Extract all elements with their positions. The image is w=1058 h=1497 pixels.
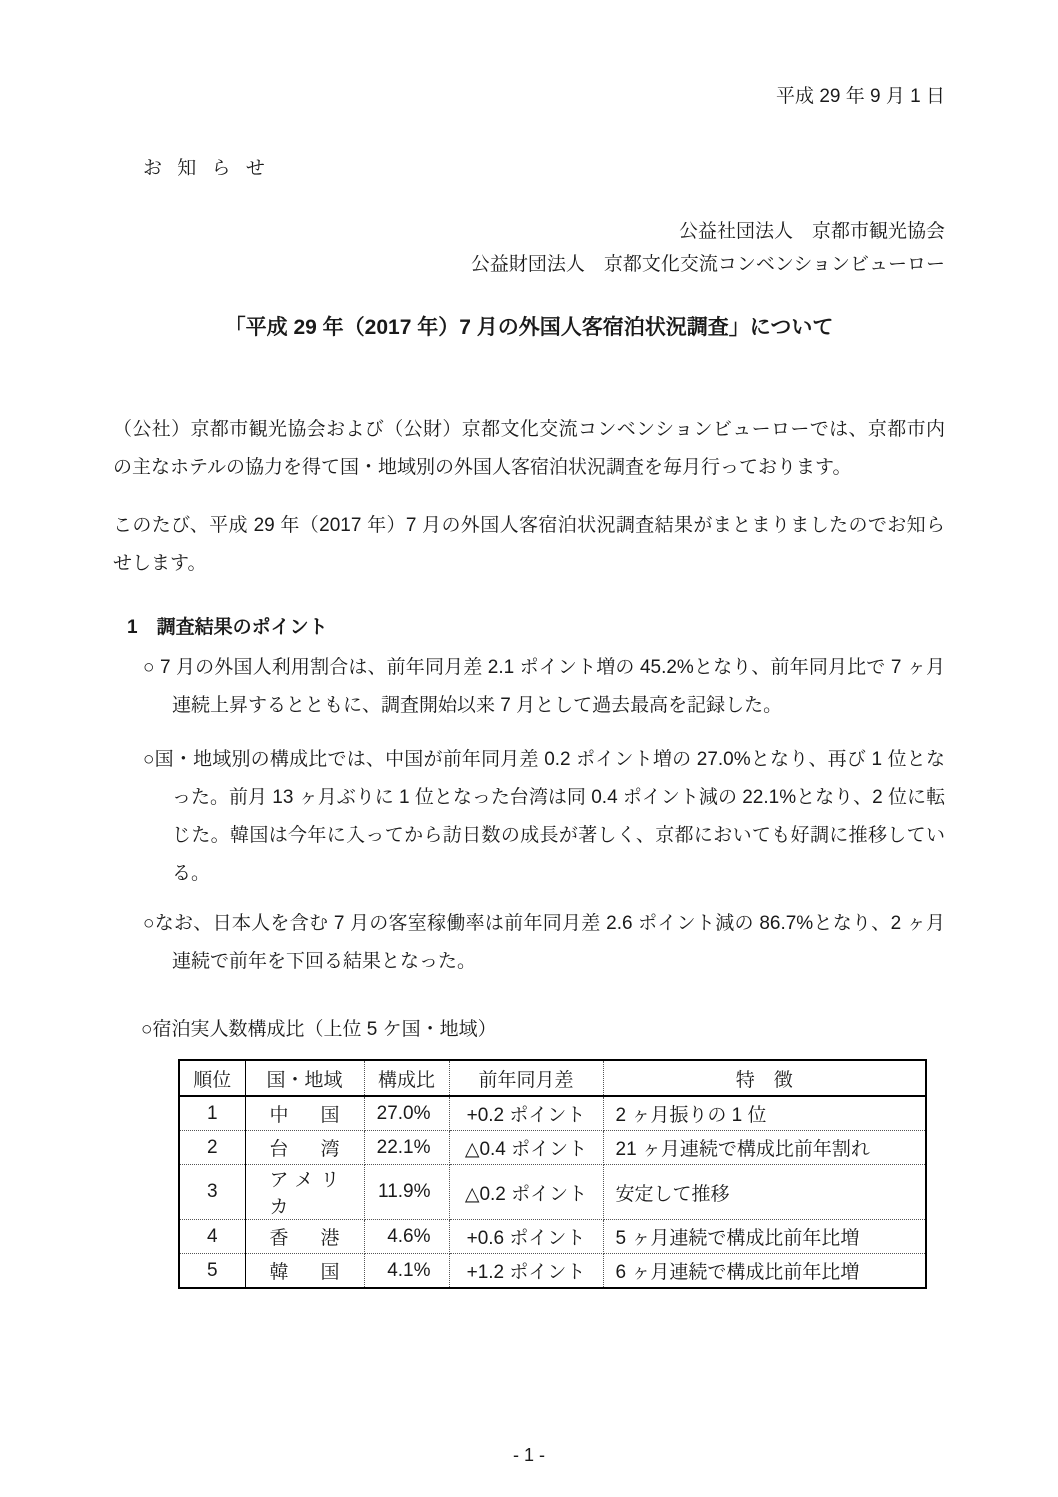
rank-cell: 1 [179,1096,245,1131]
organization-block: 公益社団法人 京都市観光協会 公益財団法人 京都文化交流コンベンションビューロー [113,215,945,281]
document-title: 「平成 29 年（2017 年）7 月の外国人客宿泊状況調査」について [113,313,945,343]
table-header-row: 順位 国・地域 構成比 前年同月差 特 徴 [179,1060,926,1096]
header-rank: 順位 [179,1060,245,1096]
yoy-cell: +0.2 ポイント [449,1096,603,1131]
rank-cell: 3 [179,1165,245,1220]
organization-line-1: 公益社団法人 京都市観光協会 [113,215,945,248]
table-row: 5 韓 国 4.1% +1.2 ポイント 6 ヶ月連続で構成比前年比増 [179,1254,926,1289]
country-cell: アメリカ [245,1165,364,1220]
feature-cell: 6 ヶ月連続で構成比前年比増 [603,1254,926,1289]
share-cell: 4.6% [364,1220,449,1254]
rank-cell: 4 [179,1220,245,1254]
ranking-table: 順位 国・地域 構成比 前年同月差 特 徴 1 中 国 27.0% +0.2 ポ… [178,1059,927,1289]
share-cell: 22.1% [364,1131,449,1165]
yoy-cell: △0.4 ポイント [449,1131,603,1165]
page-number: - 1 - [0,1443,1058,1467]
bullet-country-share: ○国・地域別の構成比では、中国が前年同月差 0.2 ポイント増の 27.0%とな… [113,741,945,893]
feature-cell: 21 ヶ月連続で構成比前年割れ [603,1131,926,1165]
table-caption: ○宿泊実人数構成比（上位 5 ケ国・地域） [113,1017,945,1043]
paragraph-announcement: このたび、平成 29 年（2017 年）7 月の外国人客宿泊状況調査結果がまとま… [113,507,945,583]
country-cell: 台 湾 [245,1131,364,1165]
rank-cell: 2 [179,1131,245,1165]
header-feature: 特 徴 [603,1060,926,1096]
bullet-occupancy-rate: ○なお、日本人を含む 7 月の客室稼働率は前年同月差 2.6 ポイント減の 86… [113,905,945,981]
yoy-cell: +0.6 ポイント [449,1220,603,1254]
feature-cell: 安定して推移 [603,1165,926,1220]
document-date: 平成 29 年 9 月 1 日 [113,85,945,109]
yoy-cell: +1.2 ポイント [449,1254,603,1289]
header-yoy: 前年同月差 [449,1060,603,1096]
share-cell: 4.1% [364,1254,449,1289]
table-row: 3 アメリカ 11.9% △0.2 ポイント 安定して推移 [179,1165,926,1220]
header-country: 国・地域 [245,1060,364,1096]
country-cell: 韓 国 [245,1254,364,1289]
feature-cell: 2 ヶ月振りの 1 位 [603,1096,926,1131]
paragraph-intro: （公社）京都市観光協会および（公財）京都文化交流コンベンションビューローでは、京… [113,411,945,487]
country-cell: 中 国 [245,1096,364,1131]
table-row: 4 香 港 4.6% +0.6 ポイント 5 ヶ月連続で構成比前年比増 [179,1220,926,1254]
bullet-foreigner-ratio: ○ 7 月の外国人利用割合は、前年同月差 2.1 ポイント増の 45.2%となり… [113,649,945,725]
rank-cell: 5 [179,1254,245,1289]
header-share: 構成比 [364,1060,449,1096]
yoy-cell: △0.2 ポイント [449,1165,603,1220]
share-cell: 27.0% [364,1096,449,1131]
share-cell: 11.9% [364,1165,449,1220]
notice-label: お 知 ら せ [113,157,945,181]
document-page: 平成 29 年 9 月 1 日 お 知 ら せ 公益社団法人 京都市観光協会 公… [0,0,1058,1497]
organization-line-2: 公益財団法人 京都文化交流コンベンションビューロー [113,248,945,281]
country-cell: 香 港 [245,1220,364,1254]
section-1-heading: 1 調査結果のポイント [113,615,945,641]
table-row: 1 中 国 27.0% +0.2 ポイント 2 ヶ月振りの 1 位 [179,1096,926,1131]
table-row: 2 台 湾 22.1% △0.4 ポイント 21 ヶ月連続で構成比前年割れ [179,1131,926,1165]
feature-cell: 5 ヶ月連続で構成比前年比増 [603,1220,926,1254]
